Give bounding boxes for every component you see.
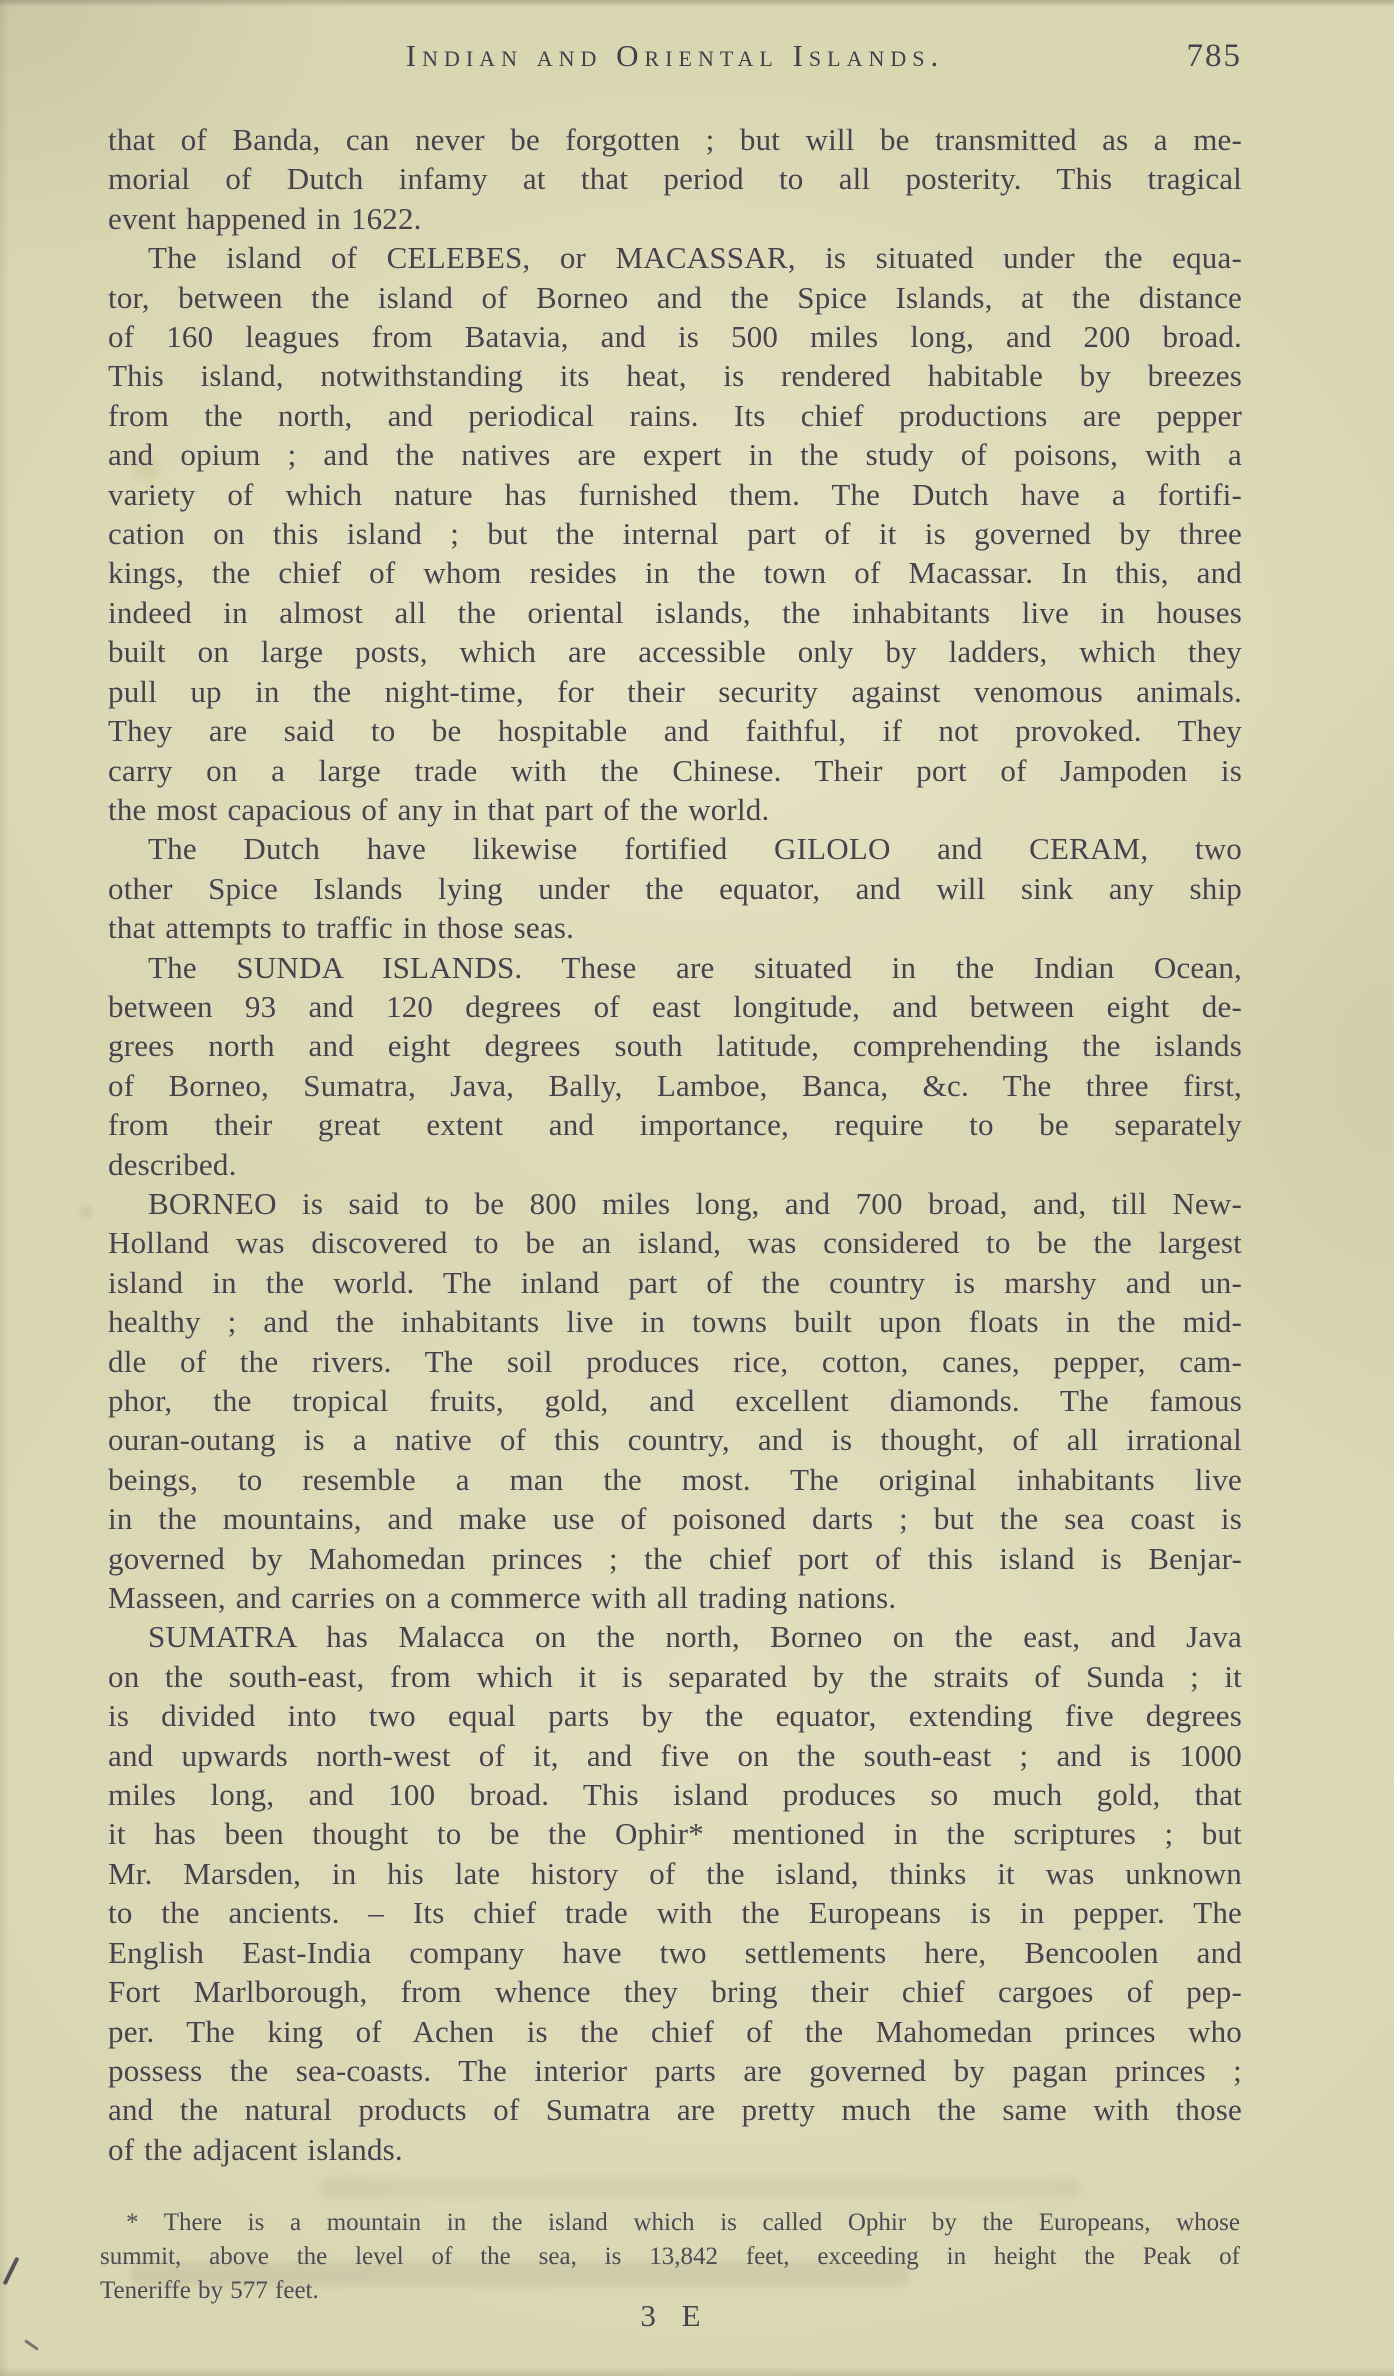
text-line: healthy ; and the inhabitants live in to… (108, 1302, 1242, 1341)
text-line: indeed in almost all the oriental island… (108, 593, 1242, 632)
text-line: They are said to be hospitable and faith… (108, 711, 1242, 750)
text-line: Fort Marlborough, from whence they bring… (108, 1972, 1242, 2011)
ink-showthrough (320, 2178, 1080, 2198)
text-line: This island, notwithstanding its heat, i… (108, 356, 1242, 395)
paragraph: The Dutch have likewise fortified GILOLO… (108, 829, 1242, 947)
text-line: that attempts to traffic in those seas. (108, 908, 1242, 947)
text-line: miles long, and 100 broad. This island p… (108, 1775, 1242, 1814)
paragraph: BORNEO is said to be 800 miles long, and… (108, 1184, 1242, 1617)
text-line: from the north, and periodical rains. It… (108, 396, 1242, 435)
text-line: dle of the rivers. The soil produces ric… (108, 1342, 1242, 1381)
text-line: per. The king of Achen is the chief of t… (108, 2012, 1242, 2051)
text-line: The SUNDA ISLANDS. These are situated in… (108, 948, 1242, 987)
text-line: of 160 leagues from Batavia, and is 500 … (108, 317, 1242, 356)
text-line: * There is a mountain in the island whic… (100, 2206, 1240, 2240)
text-line: built on large posts, which are accessib… (108, 632, 1242, 671)
text-line: English East-India company have two sett… (108, 1933, 1242, 1972)
page-number: 785 (1187, 34, 1243, 78)
text-line: described. (108, 1145, 1242, 1184)
text-line: possess the sea-coasts. The interior par… (108, 2051, 1242, 2090)
text-line: and the natural products of Sumatra are … (108, 2090, 1242, 2129)
paragraph: The SUNDA ISLANDS. These are situated in… (108, 948, 1242, 1184)
text-line: event happened in 1622. (108, 199, 1242, 238)
text-line: is divided into two equal parts by the e… (108, 1696, 1242, 1735)
text-line: other Spice Islands lying under the equa… (108, 869, 1242, 908)
text-line: the most capacious of any in that part o… (108, 790, 1242, 829)
text-line: pull up in the night-time, for their sec… (108, 672, 1242, 711)
text-line: Mr. Marsden, in his late history of the … (108, 1854, 1242, 1893)
paragraph: that of Banda, can never be forgotten ; … (108, 120, 1242, 238)
text-line: ouran-outang is a native of this country… (108, 1420, 1242, 1459)
text-line: and opium ; and the natives are expert i… (108, 435, 1242, 474)
text-line: Masseen, and carries on a commerce with … (108, 1578, 1242, 1617)
text-line: morial of Dutch infamy at that period to… (108, 159, 1242, 198)
text-line: The island of CELEBES, or MACASSAR, is s… (108, 238, 1242, 277)
book-page: Indian and Oriental Islands. 785 that of… (0, 0, 1394, 2376)
signature-mark: 3 E (108, 2298, 1242, 2334)
paragraph: SUMATRA has Malacca on the north, Borneo… (108, 1617, 1242, 2169)
text-line: kings, the chief of whom resides in the … (108, 553, 1242, 592)
running-head: Indian and Oriental Islands. 785 (108, 34, 1242, 78)
text-line: SUMATRA has Malacca on the north, Borneo… (108, 1617, 1242, 1656)
text-line: grees north and eight degrees south lati… (108, 1026, 1242, 1065)
pen-mark (3, 2257, 20, 2286)
text-line: and upwards north-west of it, and five o… (108, 1736, 1242, 1775)
text-line: in the mountains, and make use of poison… (108, 1499, 1242, 1538)
text-line: between 93 and 120 degrees of east longi… (108, 987, 1242, 1026)
paragraph: The island of CELEBES, or MACASSAR, is s… (108, 238, 1242, 829)
footnote: * There is a mountain in the island whic… (100, 2206, 1240, 2308)
text-line: The Dutch have likewise fortified GILOLO… (108, 829, 1242, 868)
text-line: phor, the tropical fruits, gold, and exc… (108, 1381, 1242, 1420)
text-line: island in the world. The inland part of … (108, 1263, 1242, 1302)
text-line: beings, to resemble a man the most. The … (108, 1460, 1242, 1499)
text-line: that of Banda, can never be forgotten ; … (108, 120, 1242, 159)
running-head-title: Indian and Oriental Islands. (108, 34, 1242, 78)
text-line: cation on this island ; but the internal… (108, 514, 1242, 553)
text-line: variety of which nature has furnished th… (108, 475, 1242, 514)
text-line: governed by Mahomedan princes ; the chie… (108, 1539, 1242, 1578)
text-line: from their great extent and importance, … (108, 1105, 1242, 1144)
body-text: that of Banda, can never be forgotten ; … (108, 120, 1242, 2169)
text-line: tor, between the island of Borneo and th… (108, 278, 1242, 317)
text-line: on the south-east, from which it is sepa… (108, 1657, 1242, 1696)
text-line: of the adjacent islands. (108, 2130, 1242, 2169)
text-line: Holland was discovered to be an island, … (108, 1223, 1242, 1262)
text-line: of Borneo, Sumatra, Java, Bally, Lamboe,… (108, 1066, 1242, 1105)
ink-showthrough (130, 2262, 910, 2286)
paragraph: * There is a mountain in the island whic… (100, 2206, 1240, 2308)
text-line: to the ancients. – Its chief trade with … (108, 1893, 1242, 1932)
text-line: BORNEO is said to be 800 miles long, and… (108, 1184, 1242, 1223)
pen-mark (24, 2339, 39, 2351)
text-line: carry on a large trade with the Chinese.… (108, 751, 1242, 790)
text-line: it has been thought to be the Ophir* men… (108, 1814, 1242, 1853)
